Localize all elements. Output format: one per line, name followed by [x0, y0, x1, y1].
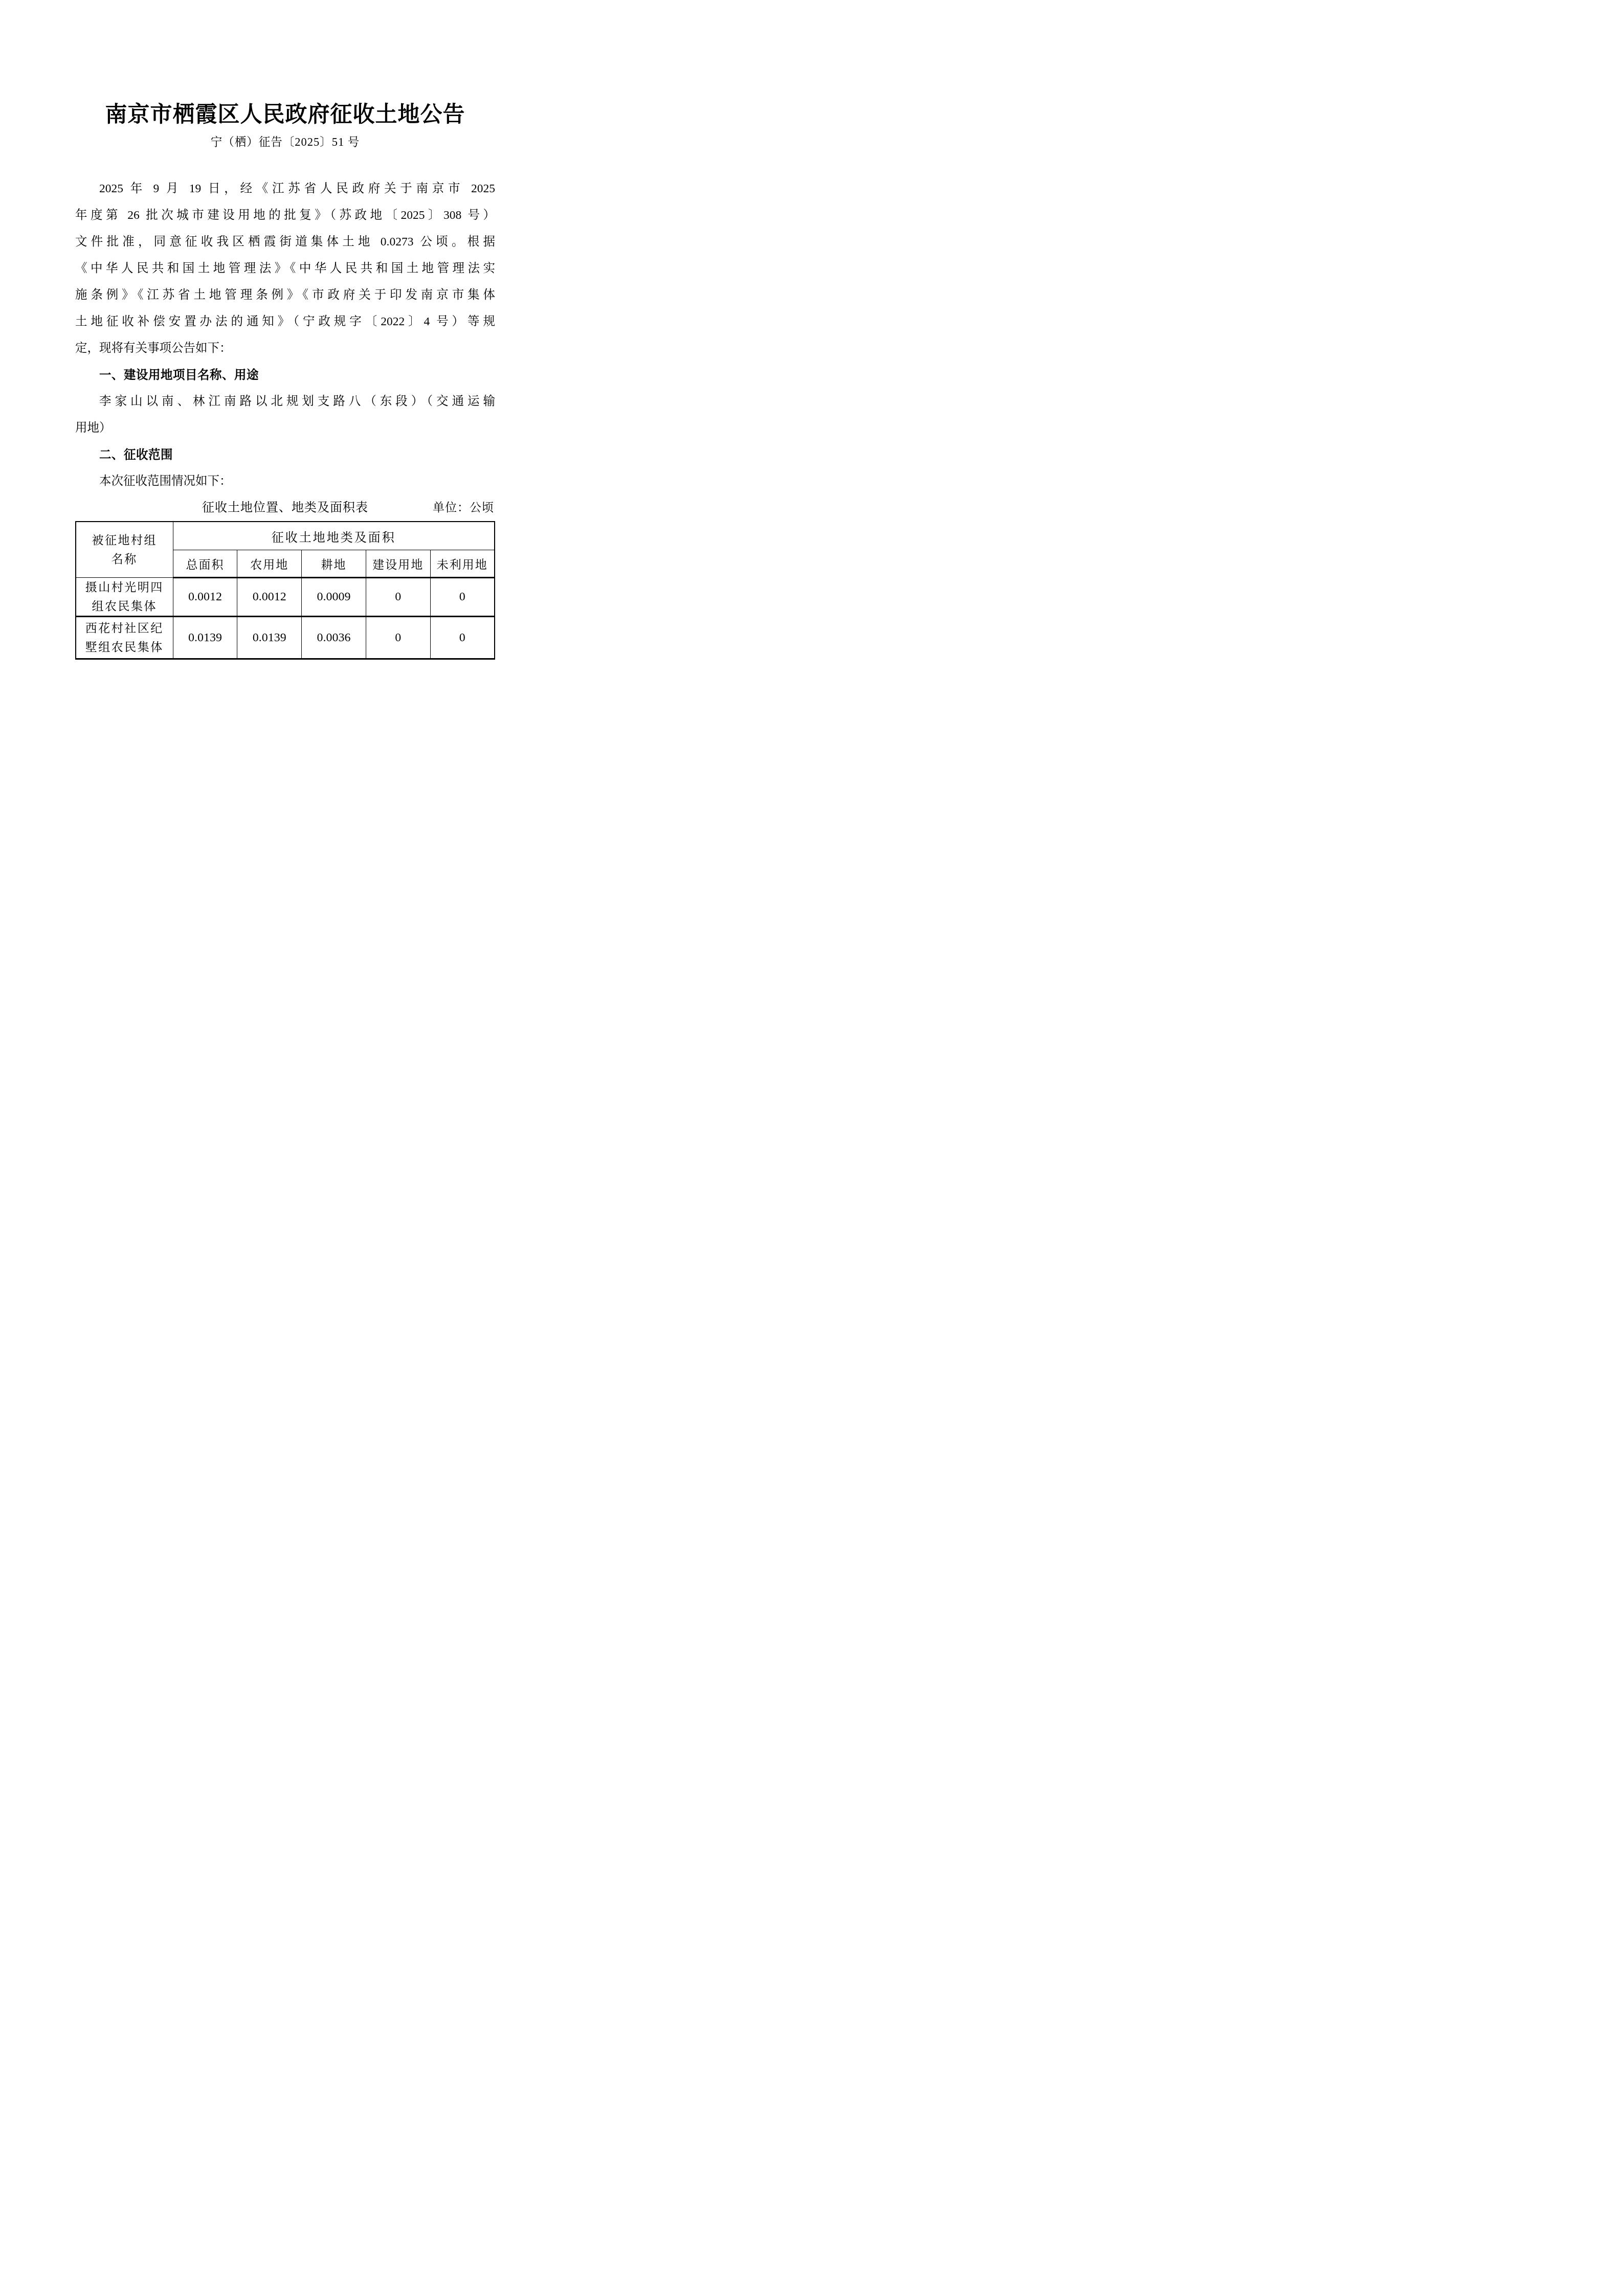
village-name: 西花村社区纪墅组农民集体 [83, 619, 165, 657]
header-cell-total: 总面积 [173, 550, 237, 578]
cell-village-name: 西花村社区纪墅组农民集体 [76, 617, 173, 659]
table-caption-row: 征收土地位置、地类及面积表 单位：公顷 [75, 494, 495, 521]
cell-cultivated: 0.0009 [302, 578, 366, 617]
body-line: 文件批准，同意征收我区栖霞街道集体土地 0.0273 公顷。根据 [75, 229, 495, 255]
header-cell-span: 征收土地地类及面积 [173, 522, 495, 550]
header-cell-agricultural: 农用地 [237, 550, 302, 578]
document-title: 南京市栖霞区人民政府征收土地公告 [75, 0, 495, 129]
land-acquisition-table: 被征地村组名称 征收土地地类及面积 总面积 农用地 耕地 建设用地 未利用地 摄… [75, 521, 495, 660]
body-line: 年度第 26 批次城市建设用地的批复》（苏政地〔2025〕308 号） [75, 202, 495, 229]
cell-agricultural: 0.0139 [237, 617, 302, 659]
document-page: 南京市栖霞区人民政府征收土地公告 宁（栖）征告〔2025〕51 号 2025 年… [0, 0, 563, 796]
document-body: 2025 年 9 月 19 日，经《江苏省人民政府关于南京市 2025 年度第 … [75, 175, 495, 494]
document-content: 南京市栖霞区人民政府征收土地公告 宁（栖）征告〔2025〕51 号 2025 年… [75, 0, 495, 660]
cell-construction: 0 [366, 617, 430, 659]
unit-label: 单位：公顷 [433, 494, 494, 521]
body-line: 土地征收补偿安置办法的通知》（宁政规字〔2022〕4 号）等规 [75, 308, 495, 335]
table-header-row-1: 被征地村组名称 征收土地地类及面积 [76, 522, 495, 550]
section-heading-1: 一、建设用地项目名称、用途 [75, 362, 495, 388]
header-cell-unused: 未利用地 [430, 550, 495, 578]
cell-construction: 0 [366, 578, 430, 617]
body-line: 定，现将有关事项公告如下： [75, 335, 495, 362]
cell-unused: 0 [430, 578, 495, 617]
body-line: 《中华人民共和国土地管理法》《中华人民共和国土地管理法实 [75, 255, 495, 282]
village-name: 摄山村光明四组农民集体 [83, 578, 165, 616]
document-number: 宁（栖）征告〔2025〕51 号 [75, 134, 495, 150]
body-line: 施条例》《江苏省土地管理条例》《市政府关于印发南京市集体 [75, 282, 495, 308]
body-line: 本次征收范围情况如下： [75, 468, 495, 494]
table-caption: 征收土地位置、地类及面积表 [202, 501, 368, 514]
body-line: 李家山以南、林江南路以北规划支路八（东段）（交通运输 [75, 388, 495, 415]
header-cell-cultivated: 耕地 [302, 550, 366, 578]
table-row: 西花村社区纪墅组农民集体 0.0139 0.0139 0.0036 0 0 [76, 617, 495, 659]
section-heading-2: 二、征收范围 [75, 441, 495, 468]
header-cell-construction: 建设用地 [366, 550, 430, 578]
cell-total: 0.0012 [173, 578, 237, 617]
table-row: 摄山村光明四组农民集体 0.0012 0.0012 0.0009 0 0 [76, 578, 495, 617]
cell-village-name: 摄山村光明四组农民集体 [76, 578, 173, 617]
cell-unused: 0 [430, 617, 495, 659]
cell-cultivated: 0.0036 [302, 617, 366, 659]
header-cell-village: 被征地村组名称 [76, 522, 173, 578]
body-line: 用地） [75, 415, 495, 441]
header-cell-village-label: 被征地村组名称 [90, 531, 159, 569]
cell-total: 0.0139 [173, 617, 237, 659]
cell-agricultural: 0.0012 [237, 578, 302, 617]
body-line: 2025 年 9 月 19 日，经《江苏省人民政府关于南京市 2025 [75, 175, 495, 202]
